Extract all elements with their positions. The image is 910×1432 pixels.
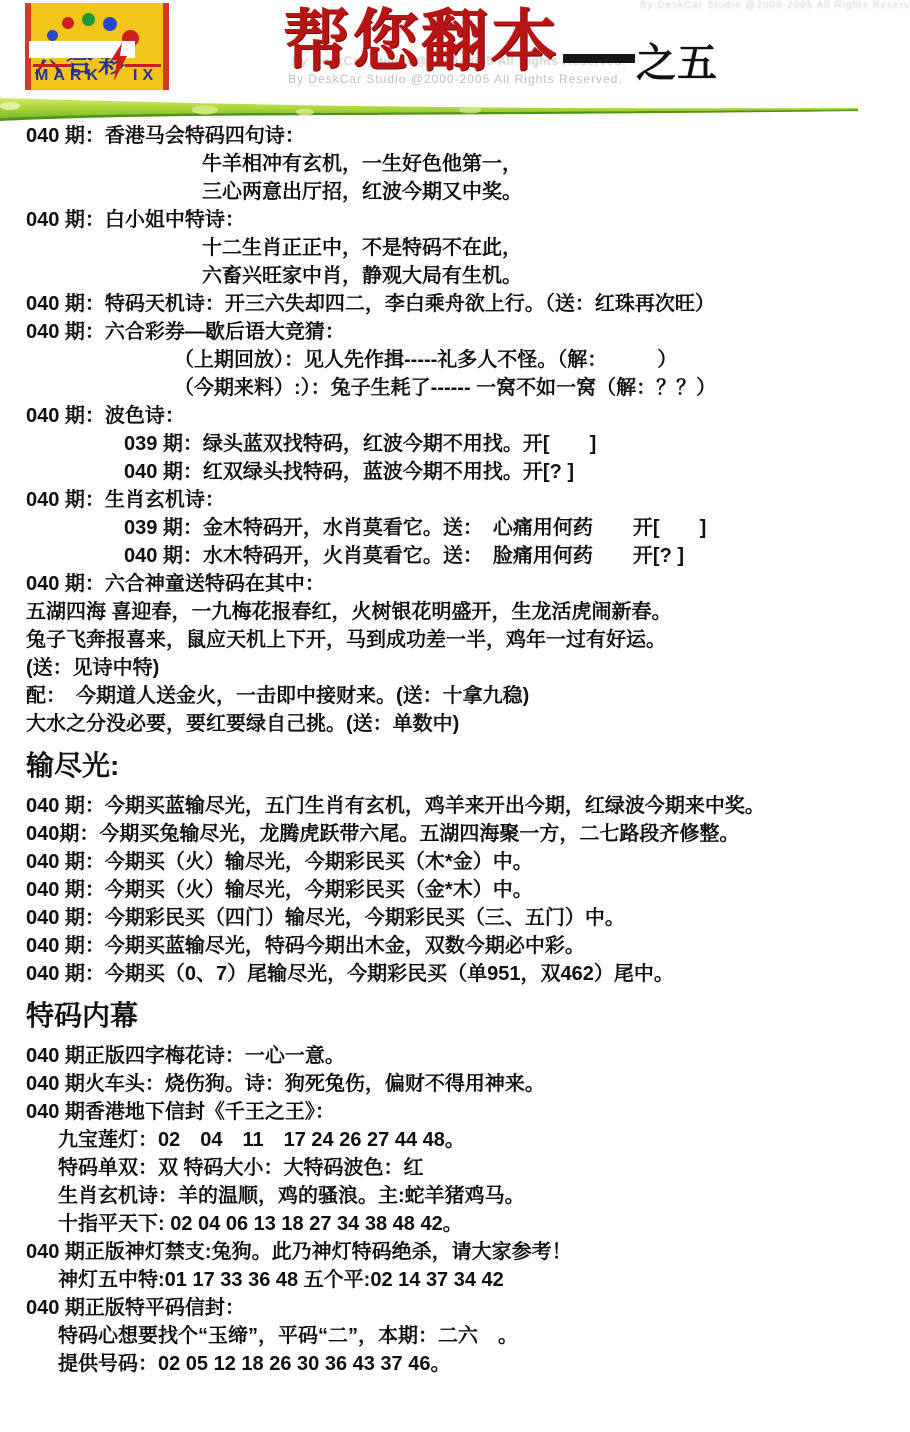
- text-line: 九宝莲灯：02 04 11 17 24 26 27 44 48。: [26, 1126, 910, 1154]
- text-line: 提供号码：02 05 12 18 26 30 36 43 37 46。: [26, 1350, 910, 1378]
- section-heading: 特码内幕: [26, 988, 910, 1042]
- text-line: 五湖四海 喜迎春，一九梅花报春红，火树银花明盛开，生龙活虎闹新春。: [26, 598, 910, 626]
- text-line: 040 期火车头：烧伤狗。诗：狗死兔伤，偏财不得用神来。: [26, 1070, 910, 1098]
- text-line: 039 期：绿头蓝双找特码，红波今期不用找。开[ ]: [26, 430, 910, 458]
- text-line: 配： 今期道人送金火，一击即中接财来。(送：十拿九稳): [26, 682, 910, 710]
- title-dash: [563, 54, 635, 63]
- lightning-bolt-icon: [111, 43, 127, 81]
- logo-dot-green-icon: [82, 13, 95, 26]
- text-line: 040 期：波色诗：: [26, 402, 910, 430]
- text-line: 六畜兴旺家中肖，静观大局有生机。: [26, 262, 910, 290]
- text-line: 040 期：今期买蓝输尽光，五门生肖有玄机，鸡羊来开出今期，红绿波今期来中奖。: [26, 792, 910, 820]
- text-line: 大水之分没必要，要红要绿自己挑。(送：单数中): [26, 710, 910, 738]
- text-line: 040 期正版神灯禁支:兔狗。此乃神灯特码绝杀，请大家参考！: [26, 1238, 910, 1266]
- section-heading: 输尽光:: [26, 738, 910, 792]
- logo-mark-text: MARK: [35, 67, 103, 85]
- text-line: 040 期：生肖玄机诗：: [26, 486, 910, 514]
- text-line: 040 期：特码天机诗：开三六失却四二，李白乘舟欲上行。（送：红珠再次旺）: [26, 290, 910, 318]
- text-line: 039 期：金木特码开，水肖莫看它。送： 心痛用何药 开[ ]: [26, 514, 910, 542]
- logo-dot-blue2-icon: [103, 17, 117, 31]
- logo-dot-blue-icon: [47, 30, 58, 41]
- lottery-tip-sheet-page: 六合彩 MARK IX By DeskCar Studio @2000-2005…: [0, 0, 910, 1432]
- green-band: [0, 88, 910, 122]
- text-line: (送：见诗中特): [26, 654, 910, 682]
- text-line: 三心两意出厅招，红波今期又中奖。: [26, 178, 910, 206]
- text-line: 十二生肖正正中，不是特码不在此，: [26, 234, 910, 262]
- text-line: 040 期：水木特码开，火肖莫看它。送： 脸痛用何药 开[? ]: [26, 542, 910, 570]
- text-line: 040 期：今期买（0、7）尾输尽光，今期彩民买（单951，双462）尾中。: [26, 960, 910, 988]
- text-line: 040期：今期买兔输尽光，龙腾虎跃带六尾。五湖四海聚一方，二七路段齐修整。: [26, 820, 910, 848]
- text-line: 特码心想要找个“玉缔”，平码“二”，本期：二六 。: [26, 1322, 910, 1350]
- text-line: 040 期：红双绿头找特码，蓝波今期不用找。开[? ]: [26, 458, 910, 486]
- text-line: 兔子飞奔报喜来，鼠应天机上下开，马到成功差一半，鸡年一过有好运。: [26, 626, 910, 654]
- mark-six-logo: 六合彩 MARK IX: [25, 3, 169, 90]
- title-calligraphy: 帮您翻本: [283, 5, 559, 79]
- text-line: 040 期：今期彩民买（四门）输尽光，今期彩民买（三、五门）中。: [26, 904, 910, 932]
- text-line: 040 期香港地下信封《千王之王》：: [26, 1098, 910, 1126]
- text-line: 040 期：今期买（火）输尽光，今期彩民买（木*金）中。: [26, 848, 910, 876]
- title-suffix: 之五: [636, 41, 718, 85]
- text-line: 十指平天下: 02 04 06 13 18 27 34 38 48 42。: [26, 1210, 910, 1238]
- text-line: （上期回放）：见人先作揖-----礼多人不怪。（解： ）: [26, 346, 910, 374]
- logo-dot-red-icon: [62, 17, 74, 29]
- text-line: 040 期：今期买（火）输尽光，今期彩民买（金*木）中。: [26, 876, 910, 904]
- text-line: 040 期正版四字梅花诗：一心一意。: [26, 1042, 910, 1070]
- page-title: 帮您翻本之五: [283, 2, 718, 88]
- text-line: 040 期：白小姐中特诗：: [26, 206, 910, 234]
- text-line: 040 期：今期买蓝输尽光，特码今期出木金，双数今期必中彩。: [26, 932, 910, 960]
- text-line: 特码单双：双 特码大小：大特码波色：红: [26, 1154, 910, 1182]
- text-line: 040 期：六合彩券—歇后语大竞猜：: [26, 318, 910, 346]
- text-line: 040 期正版特平码信封：: [26, 1294, 910, 1322]
- text-line: 牛羊相冲有玄机，一生好色他第一，: [26, 150, 910, 178]
- text-line: （今期来料）:）：兔子生耗了------ 一窝不如一窝（解：？？）: [26, 374, 910, 402]
- logo-ix-text: IX: [133, 67, 158, 85]
- text-line: 040 期：香港马会特码四句诗：: [26, 122, 910, 150]
- text-line: 040 期：六合神童送特码在其中：: [26, 570, 910, 598]
- text-line: 生肖玄机诗：羊的温顺，鸡的骚浪。主:蛇羊猪鸡马。: [26, 1182, 910, 1210]
- text-line: 神灯五中特:01 17 33 36 48 五个平:02 14 37 34 42: [26, 1266, 910, 1294]
- tip-sheet-text: 040 期：香港马会特码四句诗：牛羊相冲有玄机，一生好色他第一，三心两意出厅招，…: [0, 122, 910, 1378]
- page-header: 六合彩 MARK IX By DeskCar Studio @2000-2005…: [0, 0, 910, 122]
